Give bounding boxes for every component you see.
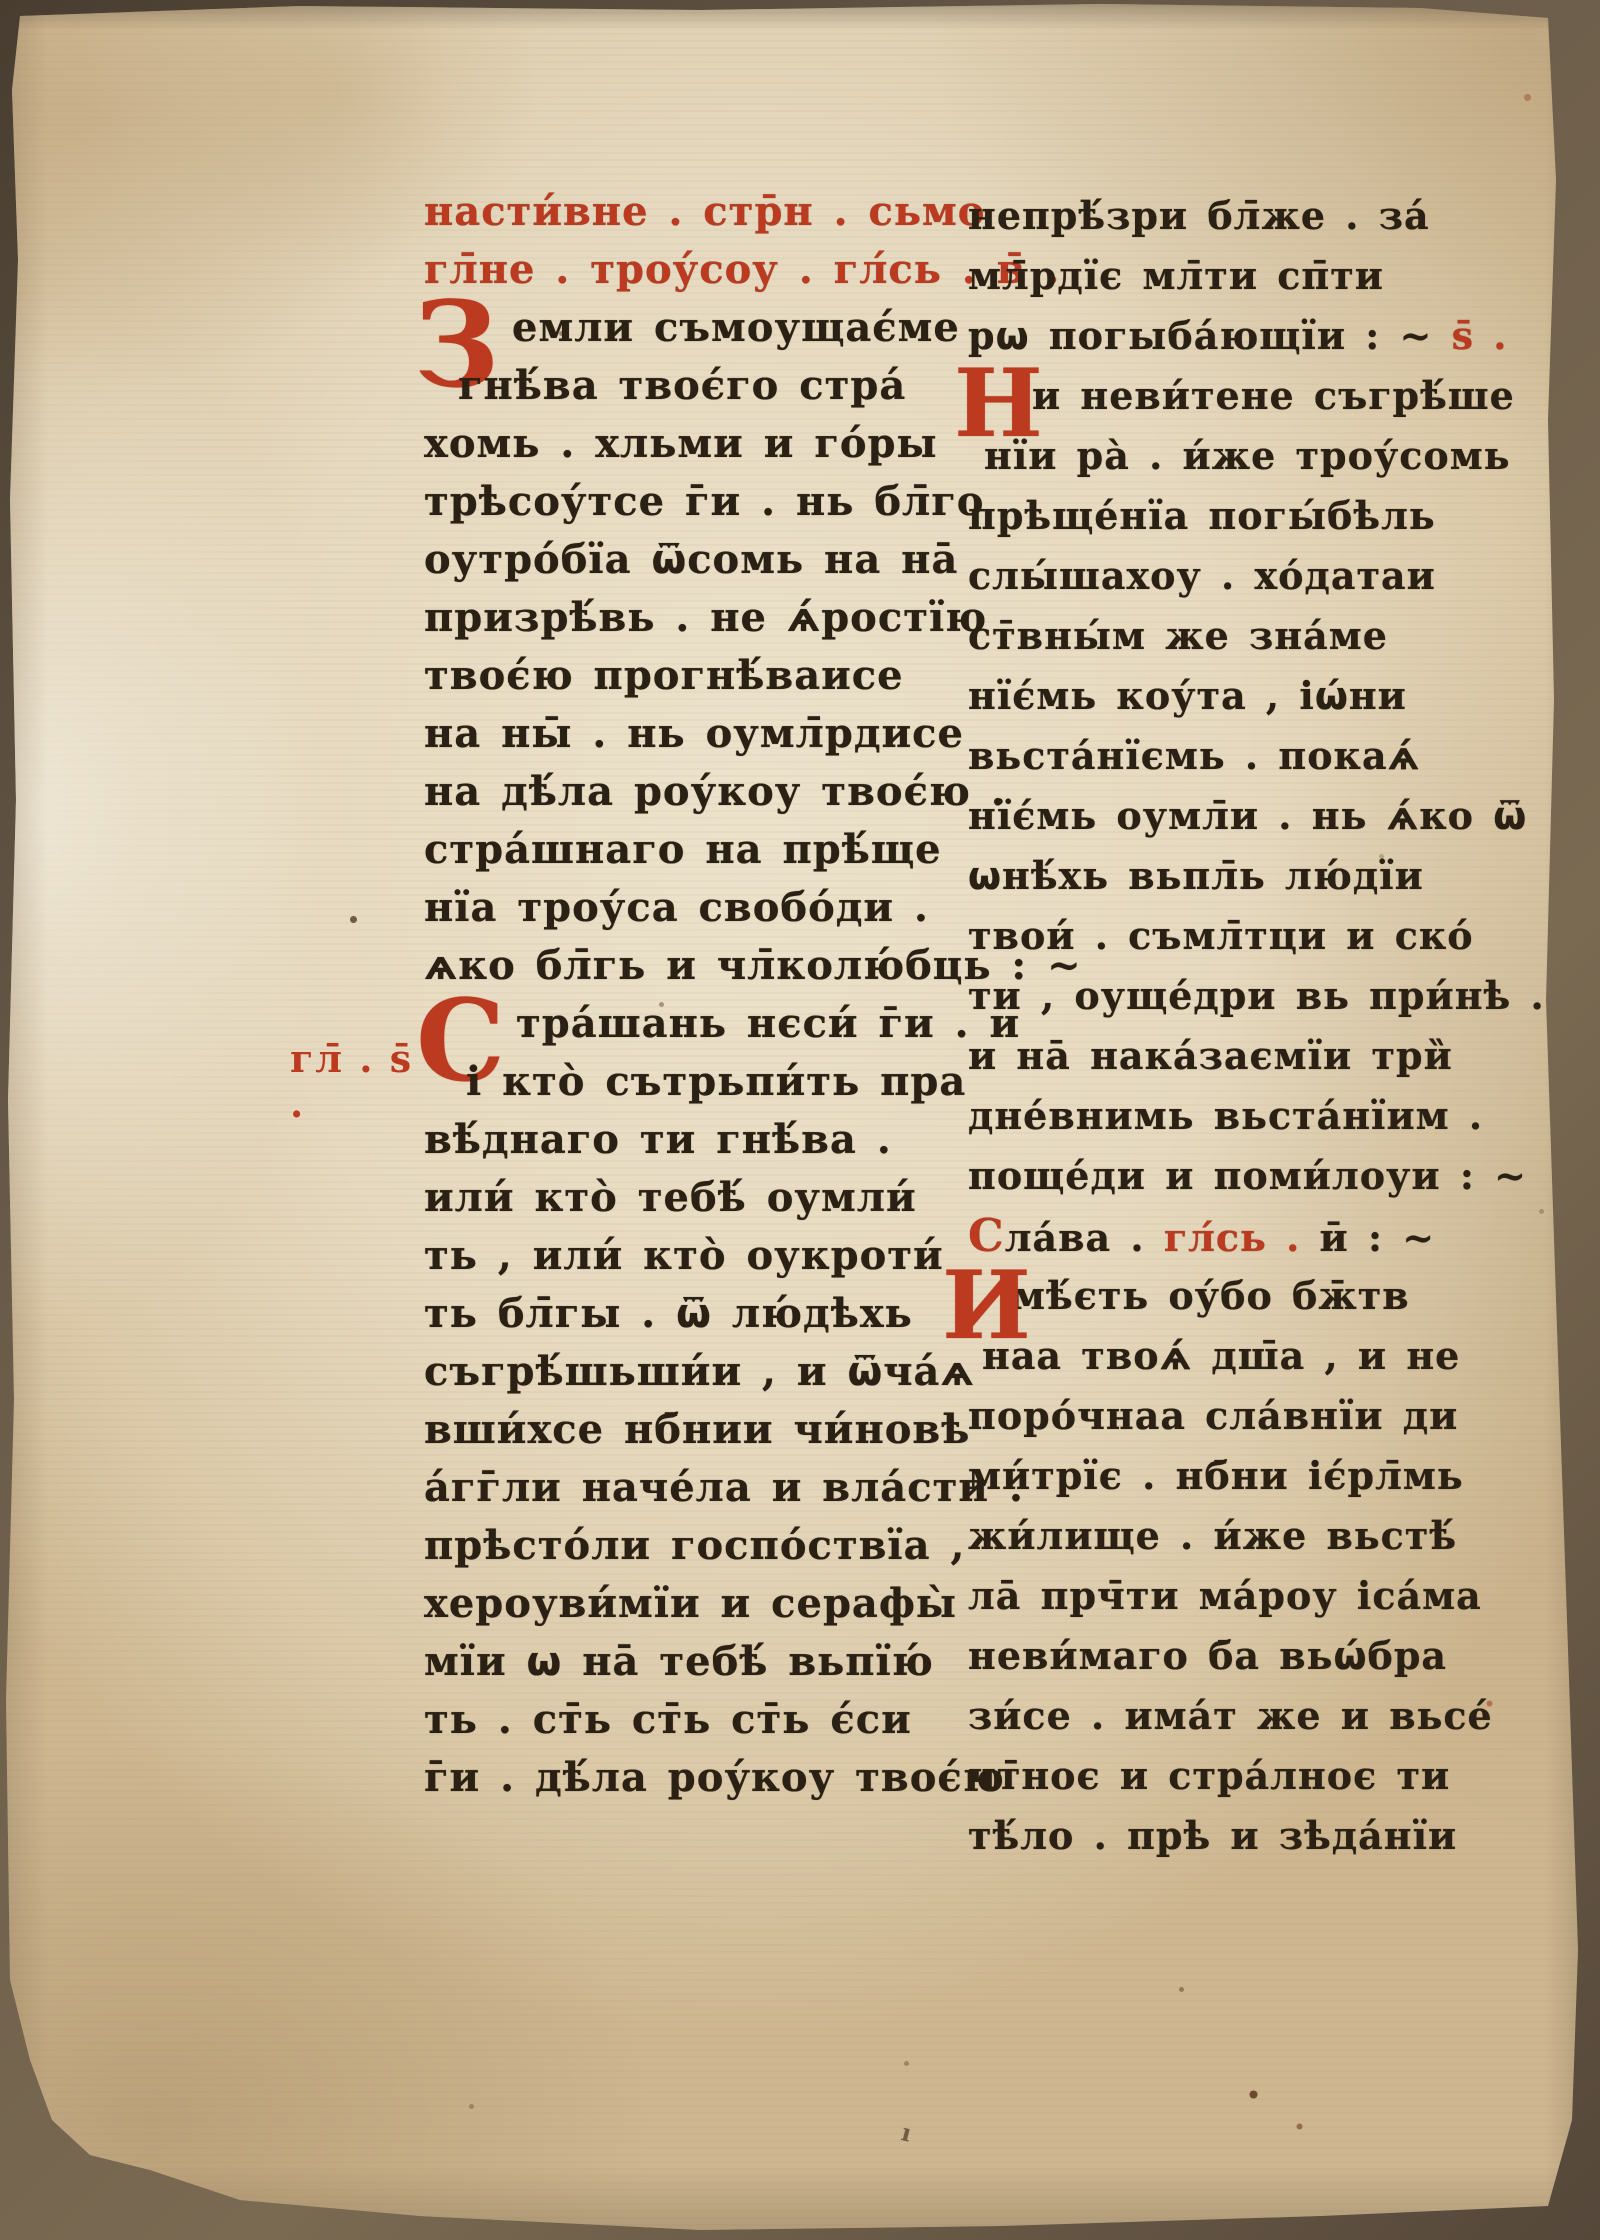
text-segment: тѣ́ло . прѣ и зѣда́нїи xyxy=(968,1813,1457,1858)
text-segment: нїє́мь оумл̄и . нь ѧ́ко ѿ xyxy=(968,793,1527,838)
text-line: ть , или́ кто̀ оукроти́ xyxy=(424,1230,999,1288)
text-segment: насти́вне . стр̄н . сьмо xyxy=(424,188,985,235)
text-segment: поще́ди и поми́лоуи : ~ xyxy=(968,1153,1527,1198)
text-line: рѡ погыба́ющїи : ~ ѕ̄ . xyxy=(968,310,1478,370)
text-line: ѡнѣ́хь вьпл̄ь лю́дїи xyxy=(968,850,1478,910)
text-segment: а́гг̄ли наче́ла и вла́сти . xyxy=(424,1464,1024,1511)
text-line: Стра́шань нєси́ г̄и . и xyxy=(424,998,999,1056)
text-line: і кто̀ сътрьпи́ть пра xyxy=(424,1056,999,1114)
text-line: ла̄ прч̄ти ма́роу іса́ма xyxy=(968,1570,1478,1630)
text-line: твои́ . съмл̄тци и ско́ xyxy=(968,910,1478,970)
text-segment: прѣще́нїа погы́бѣль xyxy=(968,493,1436,538)
text-segment: мл̄рдїє мл̄ти сп̄ти xyxy=(968,253,1384,298)
text-segment: гнѣ́ва твоє́го стра́ xyxy=(458,362,906,409)
text-segment: непрѣ́зри бл̄же . за́ xyxy=(968,193,1430,238)
text-line: хомь . хльми и го́ры xyxy=(424,418,999,476)
text-line: на ны̄ . нь оумл̄рдисе xyxy=(424,708,999,766)
text-line: нїє́мь коу́та , іѡ́ни xyxy=(968,670,1478,730)
text-segment: вьста́нїємь . покаѧ́ xyxy=(968,733,1420,778)
text-line: дне́внимь вьста́нїим . xyxy=(968,1090,1478,1150)
text-line: нїа троу́са свобо́ди . xyxy=(424,882,999,940)
text-line: или́ кто̀ тебѣ́ оумли́ xyxy=(424,1172,999,1230)
text-segment: г̄и . дѣ́ла роу́коу твоє́ю xyxy=(424,1754,1005,1801)
text-line: а́гг̄ли наче́ла и вла́сти . xyxy=(424,1462,999,1520)
text-line: жи́лище . и́же вьстѣ́ xyxy=(968,1510,1478,1570)
text-line: наа твоѧ́ дш̄а , и не xyxy=(968,1330,1478,1390)
text-segment: ть , или́ кто̀ оукроти́ xyxy=(424,1232,944,1279)
text-segment: хомь . хльми и го́ры xyxy=(424,420,938,467)
text-line: съгрѣ́шьши́и , и ѿча́ѧ xyxy=(424,1346,999,1404)
text-segment: ти , оуще́дри вь при́нѣ . xyxy=(968,973,1545,1018)
text-segment: ть бл̄гы . ѿ лю́дѣхь xyxy=(424,1290,913,1337)
text-line: мл̄рдїє мл̄ти сп̄ти xyxy=(968,250,1478,310)
text-segment: или́ кто̀ тебѣ́ оумли́ xyxy=(424,1174,917,1221)
text-segment: ст̄вны́м же зна́ме xyxy=(968,613,1388,658)
text-line: неви́маго б̄а вьѡ́бра xyxy=(968,1630,1478,1690)
text-line: ть бл̄гы . ѿ лю́дѣхь xyxy=(424,1288,999,1346)
text-line: непрѣ́зри бл̄же . за́ xyxy=(968,190,1478,250)
text-line: гнѣ́ва твоє́го стра́ xyxy=(424,360,999,418)
text-segment: твои́ . съмл̄тци и ско́ xyxy=(968,913,1474,958)
text-line: на дѣ́ла роу́коу твоє́ю . xyxy=(424,766,999,824)
text-line: поще́ди и поми́лоуи : ~ xyxy=(968,1150,1478,1210)
text-line: нїє́мь оумл̄и . нь ѧ́ко ѿ xyxy=(968,790,1478,850)
text-line: гл̄не . троу́соу . гл́сь . в̄ . xyxy=(424,244,999,302)
text-line: ти , оуще́дри вь при́нѣ . xyxy=(968,970,1478,1030)
text-line: хероуви́мїи и серафы̀ xyxy=(424,1578,999,1636)
text-line: нїи ра̀ . и́же троу́сомь xyxy=(968,430,1478,490)
text-line: Земли съмоущає́ме xyxy=(424,302,999,360)
text-segment: ѕ̄ . xyxy=(1452,313,1508,358)
text-line: слы́шахоу . хо́датаи xyxy=(968,550,1478,610)
text-segment: жи́лище . и́же вьстѣ́ xyxy=(968,1513,1457,1558)
text-segment: зи́се . има́т же и вьсе́ xyxy=(968,1693,1493,1738)
text-segment: слы́шахоу . хо́датаи xyxy=(968,553,1436,598)
text-segment: ла̄ прч̄ти ма́роу іса́ма xyxy=(968,1573,1482,1618)
text-segment: твоє́ю прогнѣ́ваисе xyxy=(424,652,904,699)
text-line: ѧко бл̄гь и чл̄колю́бць : ~ xyxy=(424,940,999,998)
text-segment: гл́сь . xyxy=(1164,1215,1320,1260)
stray-ink-mark: ı xyxy=(899,2117,915,2147)
text-segment: вѣ́днаго ти гнѣ́ва . xyxy=(424,1116,892,1163)
text-line: трѣсоу́тсе г̄и . нь бл̄го xyxy=(424,476,999,534)
text-segment: вши́хсе нб̄нии чи́новѣ xyxy=(424,1406,970,1453)
text-line: вьста́нїємь . покаѧ́ xyxy=(968,730,1478,790)
text-line: Ни неви́тене съгрѣ́ше xyxy=(968,370,1478,430)
text-line: мїи ѡ на̄ тебѣ́ вьпїю́ xyxy=(424,1636,999,1694)
text-segment: и неви́тене съгрѣ́ше xyxy=(1032,373,1515,418)
text-segment: хероуви́мїи и серафы̀ xyxy=(424,1580,957,1627)
text-segment: мїи ѡ на̄ тебѣ́ вьпїю́ xyxy=(424,1638,934,1685)
text-segment: ѡнѣ́хь вьпл̄ь лю́дїи xyxy=(968,853,1424,898)
text-segment: и на̄ нака́заємїи три̏ xyxy=(968,1033,1453,1078)
text-column-left: насти́вне . стр̄н . сьмогл̄не . троу́соу… xyxy=(424,186,999,1810)
text-segment: дне́внимь вьста́нїим . xyxy=(968,1093,1483,1138)
ink-specks xyxy=(0,0,3,3)
text-line: Сла́ва . гл́сь . ӣ : ~ xyxy=(968,1210,1478,1270)
text-segment: нїи ра̀ . и́же троу́сомь xyxy=(984,433,1511,478)
text-line: и на̄ нака́заємїи три̏ xyxy=(968,1030,1478,1090)
text-segment: ми́трїє . нб̄ни іє́рл̄мь xyxy=(968,1453,1464,1498)
text-line: чт̄ноє и стра́лноє ти xyxy=(968,1750,1478,1810)
text-line: зи́се . има́т же и вьсе́ xyxy=(968,1690,1478,1750)
text-segment: чт̄ноє и стра́лноє ти xyxy=(968,1753,1450,1798)
text-segment: съгрѣ́шьши́и , и ѿча́ѧ xyxy=(424,1348,975,1395)
text-segment: наа твоѧ́ дш̄а , и не xyxy=(982,1333,1460,1378)
text-line: ми́трїє . нб̄ни іє́рл̄мь xyxy=(968,1450,1478,1510)
text-line: поро́чнаа сла́внїи ди xyxy=(968,1390,1478,1450)
text-line: г̄и . дѣ́ла роу́коу твоє́ю xyxy=(424,1752,999,1810)
text-segment: нїє́мь коу́та , іѡ́ни xyxy=(968,673,1407,718)
text-line: призрѣ́вь . не ѧ́ростїю xyxy=(424,592,999,650)
text-line: ть . ст̄ь ст̄ь ст̄ь є́си xyxy=(424,1694,999,1752)
text-line: тѣ́ло . прѣ и зѣда́нїи xyxy=(968,1810,1478,1870)
text-column-right: непрѣ́зри бл̄же . за́мл̄рдїє мл̄ти сп̄ти… xyxy=(968,190,1478,1870)
text-line: насти́вне . стр̄н . сьмо xyxy=(424,186,999,244)
text-segment: на дѣ́ла роу́коу твоє́ю . xyxy=(424,768,1006,815)
text-segment: поро́чнаа сла́внїи ди xyxy=(968,1393,1458,1438)
text-line: Имѣ́єть оу́бо бж̄тв xyxy=(968,1270,1478,1330)
text-segment: прѣсто́ли госпо́ствїа , xyxy=(424,1522,965,1569)
text-line: вѣ́днаго ти гнѣ́ва . xyxy=(424,1114,999,1172)
text-line: твоє́ю прогнѣ́ваисе xyxy=(424,650,999,708)
text-segment: стра́шнаго на прѣ́ще xyxy=(424,826,942,873)
text-segment: призрѣ́вь . не ѧ́ростїю xyxy=(424,594,987,641)
text-segment: оутро́бїа ѿсомь на на̄ xyxy=(424,536,958,583)
text-line: стра́шнаго на прѣ́ще xyxy=(424,824,999,882)
text-segment: тра́шань нєси́ г̄и . и xyxy=(516,1000,1020,1047)
text-segment: емли съмоущає́ме xyxy=(512,304,960,351)
text-line: оутро́бїа ѿсомь на на̄ xyxy=(424,534,999,592)
text-segment: ть . ст̄ь ст̄ь ст̄ь є́си xyxy=(424,1696,912,1743)
margin-note-voice-label: гл̄ . ѕ̄ . xyxy=(290,1036,430,1126)
text-segment: на ны̄ . нь оумл̄рдисе xyxy=(424,710,964,757)
text-segment: нїа троу́са свобо́ди . xyxy=(424,884,929,931)
text-line: прѣсто́ли госпо́ствїа , xyxy=(424,1520,999,1578)
text-segment: трѣсоу́тсе г̄и . нь бл̄го xyxy=(424,478,984,525)
text-segment: і кто̀ сътрьпи́ть пра xyxy=(466,1058,966,1105)
text-segment: мѣ́єть оу́бо бж̄тв xyxy=(1012,1273,1410,1318)
text-segment: ӣ : ~ xyxy=(1320,1215,1436,1260)
text-line: вши́хсе нб̄нии чи́новѣ xyxy=(424,1404,999,1462)
photo-backdrop: насти́вне . стр̄н . сьмогл̄не . троу́соу… xyxy=(0,0,1600,2240)
text-line: прѣще́нїа погы́бѣль xyxy=(968,490,1478,550)
text-segment: неви́маго б̄а вьѡ́бра xyxy=(968,1633,1447,1678)
text-segment: гл̄не . троу́соу . гл́сь . в̄ . xyxy=(424,246,1060,293)
text-line: ст̄вны́м же зна́ме xyxy=(968,610,1478,670)
manuscript-page: насти́вне . стр̄н . сьмогл̄не . троу́соу… xyxy=(0,0,1600,2240)
